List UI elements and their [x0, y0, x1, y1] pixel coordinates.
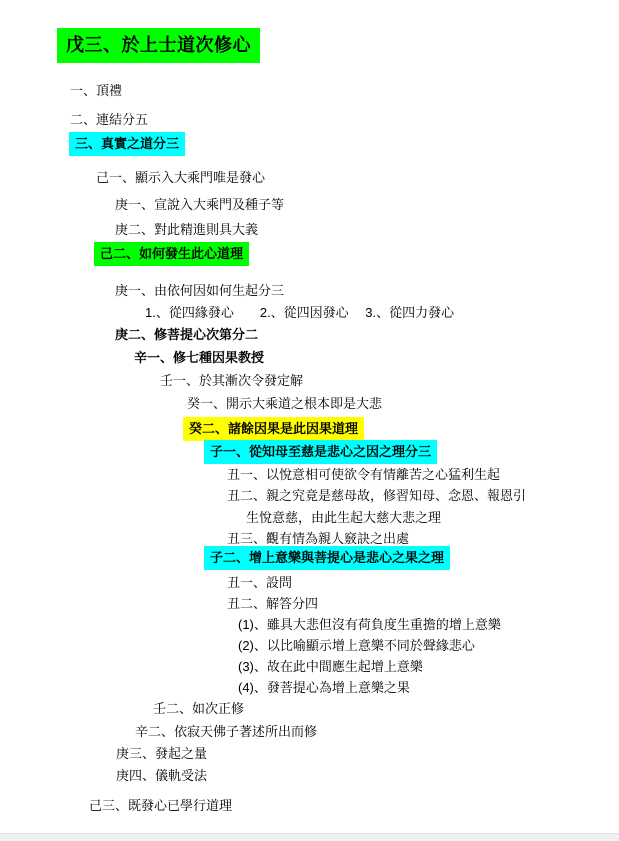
outline-line: 一、頂禮	[70, 83, 122, 99]
outline-line: 丑二、親之究竟是慈母故，修習知母、念恩、報恩引	[227, 488, 526, 504]
outline-line: (2)、以比喻顯示增上意樂不同於聲緣悲心	[238, 638, 475, 654]
outline-line: 庚一、宣說入大乘門及種子等	[115, 197, 284, 213]
outline-line: 壬一、於其漸次令發定解	[160, 373, 303, 389]
outline-line: 子二、增上意樂與菩提心是悲心之果之理	[204, 546, 450, 570]
document-page: 戊三、於上士道次修心 一、頂禮 二、連結分五 三、真實之道分三 己一、顯示入大乘…	[0, 0, 619, 841]
outline-line: (4)、發菩提心為增上意樂之果	[238, 680, 410, 696]
outline-line: 丑一、設問	[227, 575, 292, 591]
outline-line: 庚四、儀軌受法	[116, 768, 207, 784]
outline-line: 子一、從知母至慈是悲心之因之理分三	[204, 440, 437, 464]
viewer-page-bottom-edge	[0, 833, 619, 841]
document-title: 戊三、於上士道次修心	[57, 28, 260, 63]
outline-line: 三、真實之道分三	[69, 132, 185, 156]
outline-line: 辛二、依寂天佛子著述所出而修	[135, 724, 317, 740]
outline-line: 庚二、修菩提心次第分二	[115, 327, 258, 343]
outline-line-continuation: 生悅意慈，由此生起大慈大悲之理	[246, 510, 441, 526]
outline-line: 1.、從四緣發心 2.、從四因發心 3.、從四力發心	[145, 305, 454, 321]
outline-line: (1)、雖具大悲但沒有荷負度生重擔的增上意樂	[238, 617, 501, 633]
outline-line: 庚三、發起之量	[116, 746, 207, 762]
outline-line: 癸一、開示大乘道之根本即是大悲	[187, 396, 382, 412]
document-title-text: 戊三、於上士道次修心	[57, 28, 260, 63]
outline-line: 辛一、修七種因果教授	[134, 350, 264, 366]
outline-line: 丑二、解答分四	[227, 596, 318, 612]
outline-line: 壬二、如次正修	[153, 701, 244, 717]
outline-line: 二、連結分五	[70, 112, 148, 128]
outline-line: 丑一、以悅意相可使欲令有情離苦之心猛利生起	[227, 467, 500, 483]
outline-line: 己一、顯示入大乘門唯是發心	[96, 170, 265, 186]
outline-line: 己三、既發心已學行道理	[89, 798, 232, 814]
outline-line: 庚一、由依何因如何生起分三	[115, 283, 284, 299]
outline-line: 癸二、諸餘因果是此因果道理	[183, 417, 364, 441]
outline-line: 己二、如何發生此心道理	[94, 242, 249, 266]
outline-line: (3)、故在此中間應生起增上意樂	[238, 659, 423, 675]
outline-line: 庚二、對此精進則具大義	[115, 222, 258, 238]
outline-line: 丑三、觀有情為親人竅訣之出處	[227, 531, 409, 547]
